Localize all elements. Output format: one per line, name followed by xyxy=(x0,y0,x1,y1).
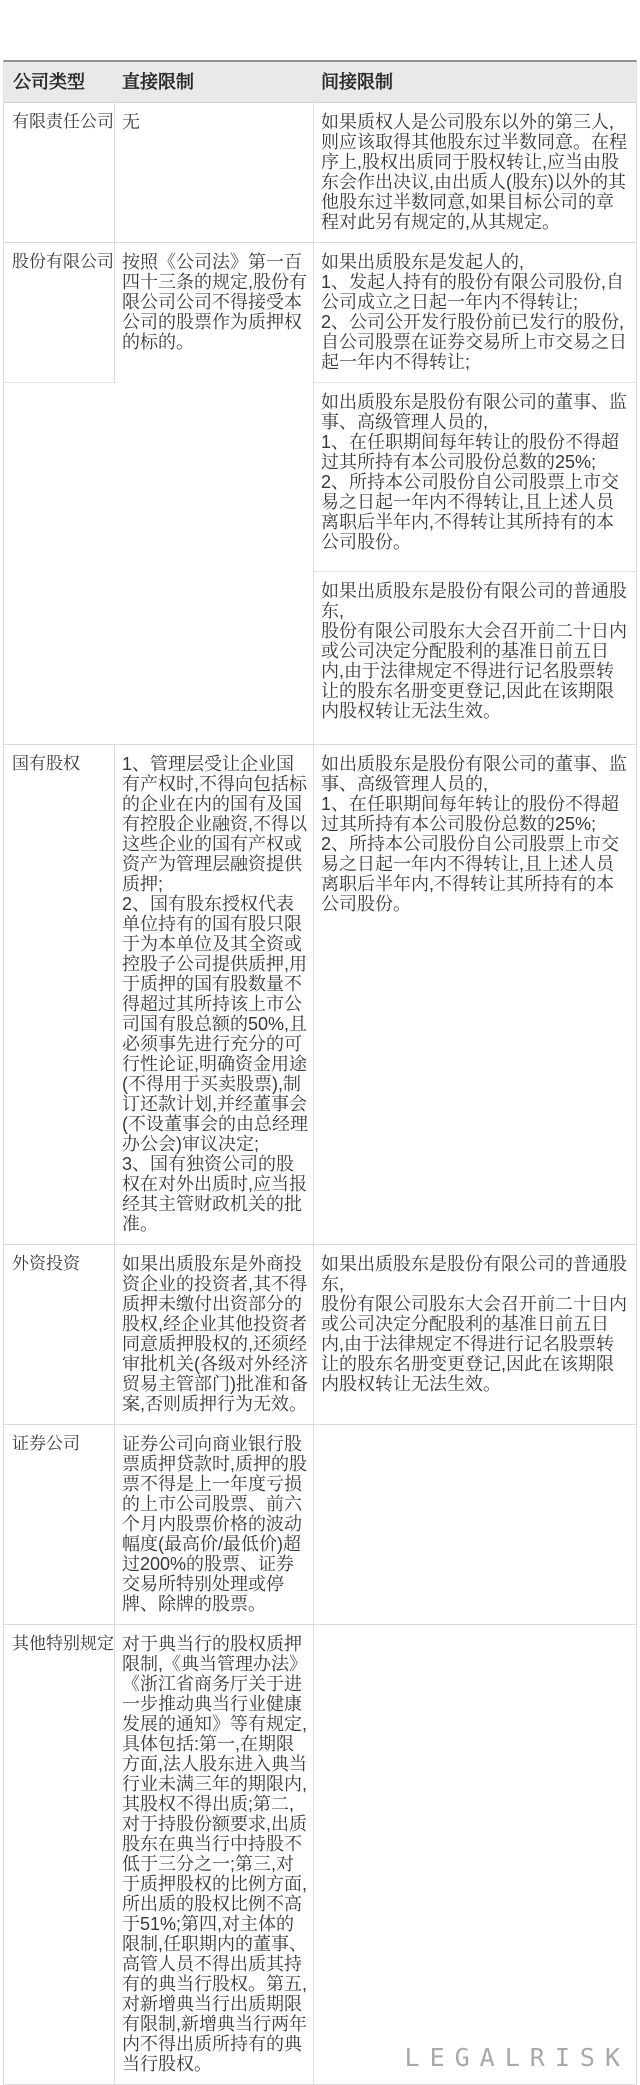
table-header-row: 公司类型 直接限制 间接限制 xyxy=(4,62,636,103)
equity-pledge-restrictions-table: 公司类型 直接限制 间接限制 有限责任公司 无 如果质权人是公司股东以外的第三人… xyxy=(3,60,637,2085)
table-row-joint-stock-company-part1: 股份有限公司 按照《公司法》第一百四十三条的规定,股份有限公司公司不得接受本公司… xyxy=(4,242,636,383)
table-row-other-special-rules: 其他特别规定 对于典当行的股权质押限制,《典当管理办法》《浙江省商务厅关于进一步… xyxy=(4,1624,636,2084)
header-indirect-restriction: 间接限制 xyxy=(313,62,636,102)
legalrisk-watermark: LEGALRISK xyxy=(405,2048,630,2068)
header-company-type: 公司类型 xyxy=(4,62,114,102)
cell-direct-restriction: 如果出质股东是外商投资企业的投资者,其不得质押未缴付出资部分的股权,经企业其他投… xyxy=(114,1245,313,1424)
table-row-state-owned-equity: 国有股权 1、管理层受让企业国有产权时,不得向包括标的企业在内的国有及国有控股企… xyxy=(4,744,636,1244)
cell-category: 外资投资 xyxy=(4,1245,114,1424)
cell-indirect-restriction: 如出质股东是股份有限公司的董事、监事、高级管理人员的, 1、在任职期间每年转让的… xyxy=(313,383,636,572)
table-row-joint-stock-company-part2: 如出质股东是股份有限公司的董事、监事、高级管理人员的, 1、在任职期间每年转让的… xyxy=(4,383,636,572)
cell-indirect-restriction: 如出质股东是股份有限公司的董事、监事、高级管理人员的, 1、在任职期间每年转让的… xyxy=(313,745,636,1244)
merged-empty-cell xyxy=(4,572,313,744)
cell-indirect-restriction: 如果出质股东是发起人的, 1、发起人持有的股份有限公司股份,自公司成立之日起一年… xyxy=(313,243,636,383)
cell-direct-restriction: 无 xyxy=(114,103,313,242)
merged-empty-cell xyxy=(4,383,313,572)
cell-indirect-restriction xyxy=(313,1425,636,1624)
cell-category: 国有股权 xyxy=(4,745,114,1244)
page: { "watermark": "LEGALRISK", "colors": { … xyxy=(0,0,640,2083)
cell-indirect-restriction: 如果质权人是公司股东以外的第三人,则应该取得其他股东过半数同意。在程序上,股权出… xyxy=(313,103,636,242)
cell-category: 股份有限公司 xyxy=(4,243,114,383)
cell-category: 其他特别规定 xyxy=(4,1625,114,2084)
cell-indirect-restriction: 如果出质股东是股份有限公司的普通股东, 股份有限公司股东大会召开前二十日内或公司… xyxy=(313,1245,636,1424)
cell-indirect-restriction: 如果出质股东是股份有限公司的普通股东, 股份有限公司股东大会召开前二十日内或公司… xyxy=(313,572,636,744)
table-row-foreign-investment: 外资投资 如果出质股东是外商投资企业的投资者,其不得质押未缴付出资部分的股权,经… xyxy=(4,1244,636,1424)
cell-category: 有限责任公司 xyxy=(4,103,114,242)
cell-indirect-restriction xyxy=(313,1625,636,2084)
cell-direct-restriction: 按照《公司法》第一百四十三条的规定,股份有限公司公司不得接受本公司的股票作为质押… xyxy=(114,243,313,383)
cell-direct-restriction: 证券公司向商业银行股票质押贷款时,质押的股票不得是上一年度亏损的上市公司股票、前… xyxy=(114,1425,313,1624)
table-row-limited-liability-company: 有限责任公司 无 如果质权人是公司股东以外的第三人,则应该取得其他股东过半数同意… xyxy=(4,103,636,242)
cell-category: 证券公司 xyxy=(4,1425,114,1624)
table-row-joint-stock-company-part3: 如果出质股东是股份有限公司的普通股东, 股份有限公司股东大会召开前二十日内或公司… xyxy=(4,572,636,744)
table-row-securities-company: 证券公司 证券公司向商业银行股票质押贷款时,质押的股票不得是上一年度亏损的上市公… xyxy=(4,1424,636,1624)
header-direct-restriction: 直接限制 xyxy=(114,62,313,102)
cell-direct-restriction: 1、管理层受让企业国有产权时,不得向包括标的企业在内的国有及国有控股企业融资,不… xyxy=(114,745,313,1244)
cell-direct-restriction: 对于典当行的股权质押限制,《典当管理办法》《浙江省商务厅关于进一步推动典当行业健… xyxy=(114,1625,313,2084)
